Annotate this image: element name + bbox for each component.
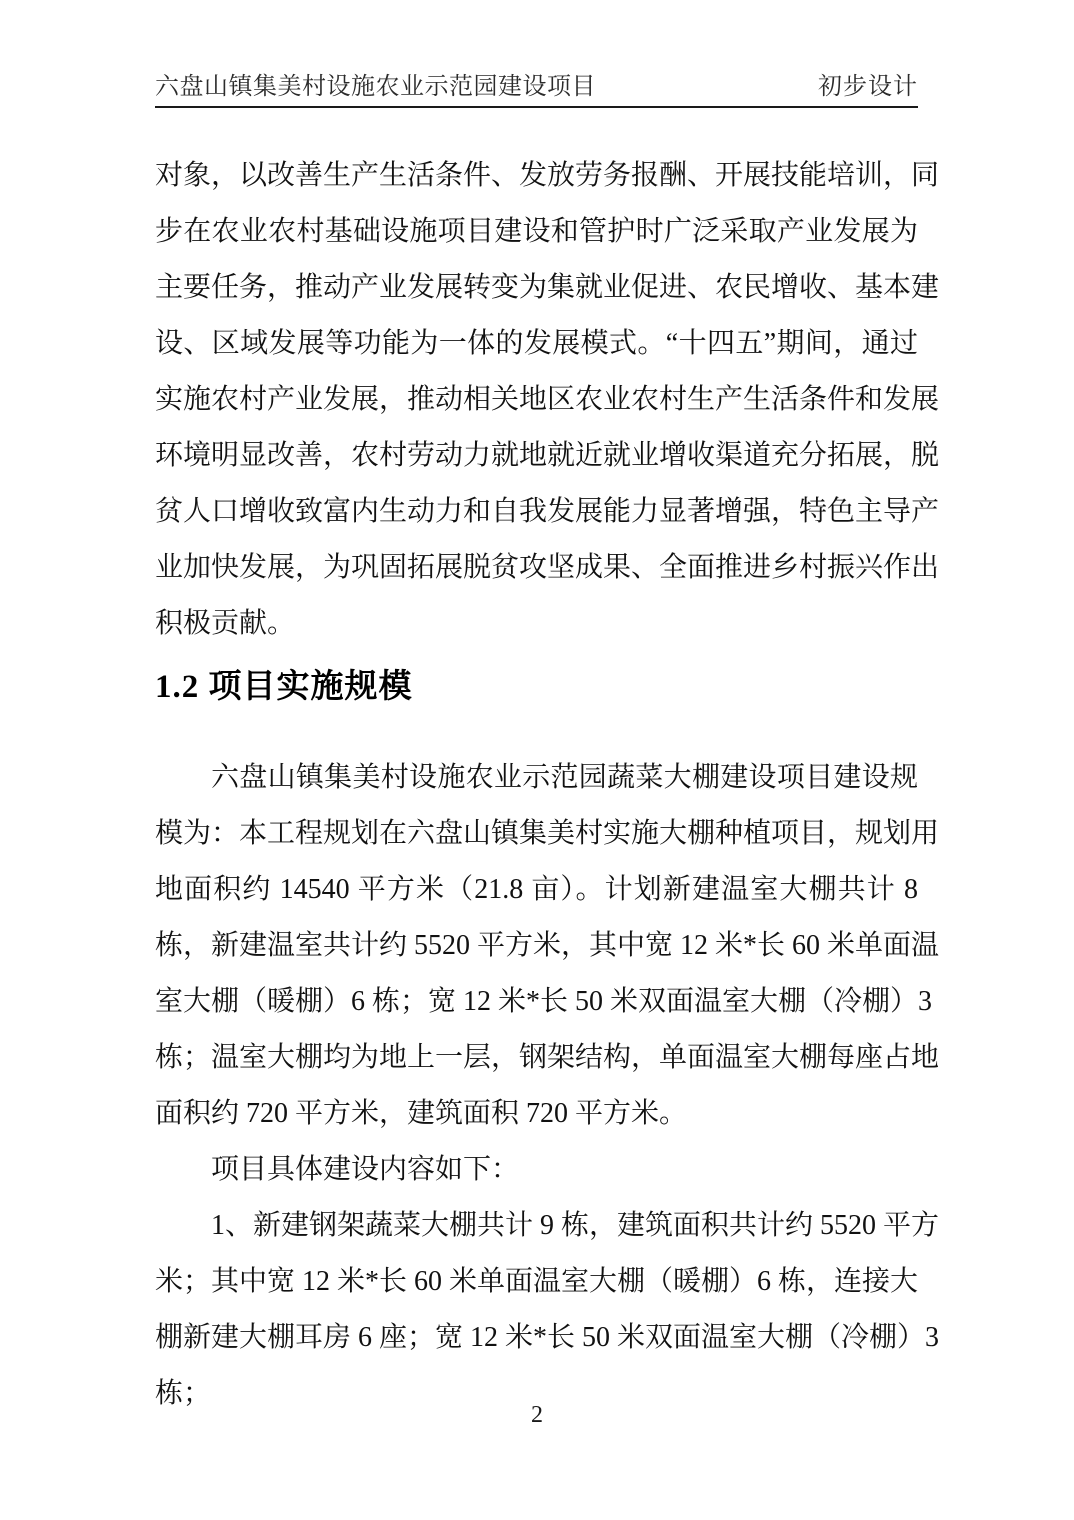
paragraph: 1、新建钢架蔬菜大棚共计 9 栋，建筑面积共计约 5520 平方米；其中宽 12… <box>155 1198 918 1422</box>
text-line: 面积约 720 平方米，建筑面积 720 平方米。 <box>155 1086 918 1142</box>
document-page: 六盘山镇集美村设施农业示范园建设项目 初步设计 对象，以改善生产生活条件、发放劳… <box>0 0 1074 1520</box>
header-stage-label: 初步设计 <box>818 72 918 102</box>
text-line: 步在农业农村基础设施项目建设和管护时广泛采取产业发展为 <box>155 204 918 260</box>
text-line: 实施农村产业发展，推动相关地区农业农村生产生活条件和发展 <box>155 372 918 428</box>
text-line: 栋，新建温室共计约 5520 平方米，其中宽 12 米*长 60 米单面温 <box>155 918 918 974</box>
text-line: 栋；温室大棚均为地上一层，钢架结构，单面温室大棚每座占地 <box>155 1030 918 1086</box>
text-line: 环境明显改善，农村劳动力就地就近就业增收渠道充分拓展，脱 <box>155 428 918 484</box>
text-line: 米；其中宽 12 米*长 60 米单面温室大棚（暖棚）6 栋，连接大 <box>155 1254 918 1310</box>
document-body: 对象，以改善生产生活条件、发放劳务报酬、开展技能培训，同步在农业农村基础设施项目… <box>155 148 918 1422</box>
text-line: 业加快发展，为巩固拓展脱贫攻坚成果、全面推进乡村振兴作出 <box>155 540 918 596</box>
paragraph: 对象，以改善生产生活条件、发放劳务报酬、开展技能培训，同步在农业农村基础设施项目… <box>155 148 918 652</box>
text-line: 积极贡献。 <box>155 596 918 652</box>
page-footer: 2 <box>0 1402 1074 1429</box>
text-line: 模为：本工程规划在六盘山镇集美村实施大棚种植项目，规划用 <box>155 806 918 862</box>
section-heading: 1.2 项目实施规模 <box>155 658 918 716</box>
text-line: 对象，以改善生产生活条件、发放劳务报酬、开展技能培训，同 <box>155 148 918 204</box>
text-line: 室大棚（暖棚）6 栋；宽 12 米*长 50 米双面温室大棚（冷棚）3 <box>155 974 918 1030</box>
text-line: 六盘山镇集美村设施农业示范园蔬菜大棚建设项目建设规 <box>155 750 918 806</box>
page-number: 2 <box>531 1402 543 1428</box>
text-line: 1、新建钢架蔬菜大棚共计 9 栋，建筑面积共计约 5520 平方 <box>155 1198 918 1254</box>
text-line: 棚新建大棚耳房 6 座；宽 12 米*长 50 米双面温室大棚（冷棚）3 <box>155 1310 918 1366</box>
text-line: 主要任务，推动产业发展转变为集就业促进、农民增收、基本建 <box>155 260 918 316</box>
header-project-title: 六盘山镇集美村设施农业示范园建设项目 <box>155 72 596 102</box>
page-header: 六盘山镇集美村设施农业示范园建设项目 初步设计 <box>155 72 918 108</box>
text-line: 地面积约 14540 平方米（21.8 亩）。计划新建温室大棚共计 8 <box>155 862 918 918</box>
paragraph: 项目具体建设内容如下： <box>155 1142 918 1198</box>
text-line: 项目具体建设内容如下： <box>155 1142 918 1198</box>
text-line: 贫人口增收致富内生动力和自我发展能力显著增强，特色主导产 <box>155 484 918 540</box>
content-column: 六盘山镇集美村设施农业示范园建设项目 初步设计 对象，以改善生产生活条件、发放劳… <box>155 0 918 1422</box>
paragraph: 六盘山镇集美村设施农业示范园蔬菜大棚建设项目建设规模为：本工程规划在六盘山镇集美… <box>155 750 918 1142</box>
text-line: 设、区域发展等功能为一体的发展模式。“十四五”期间，通过 <box>155 316 918 372</box>
